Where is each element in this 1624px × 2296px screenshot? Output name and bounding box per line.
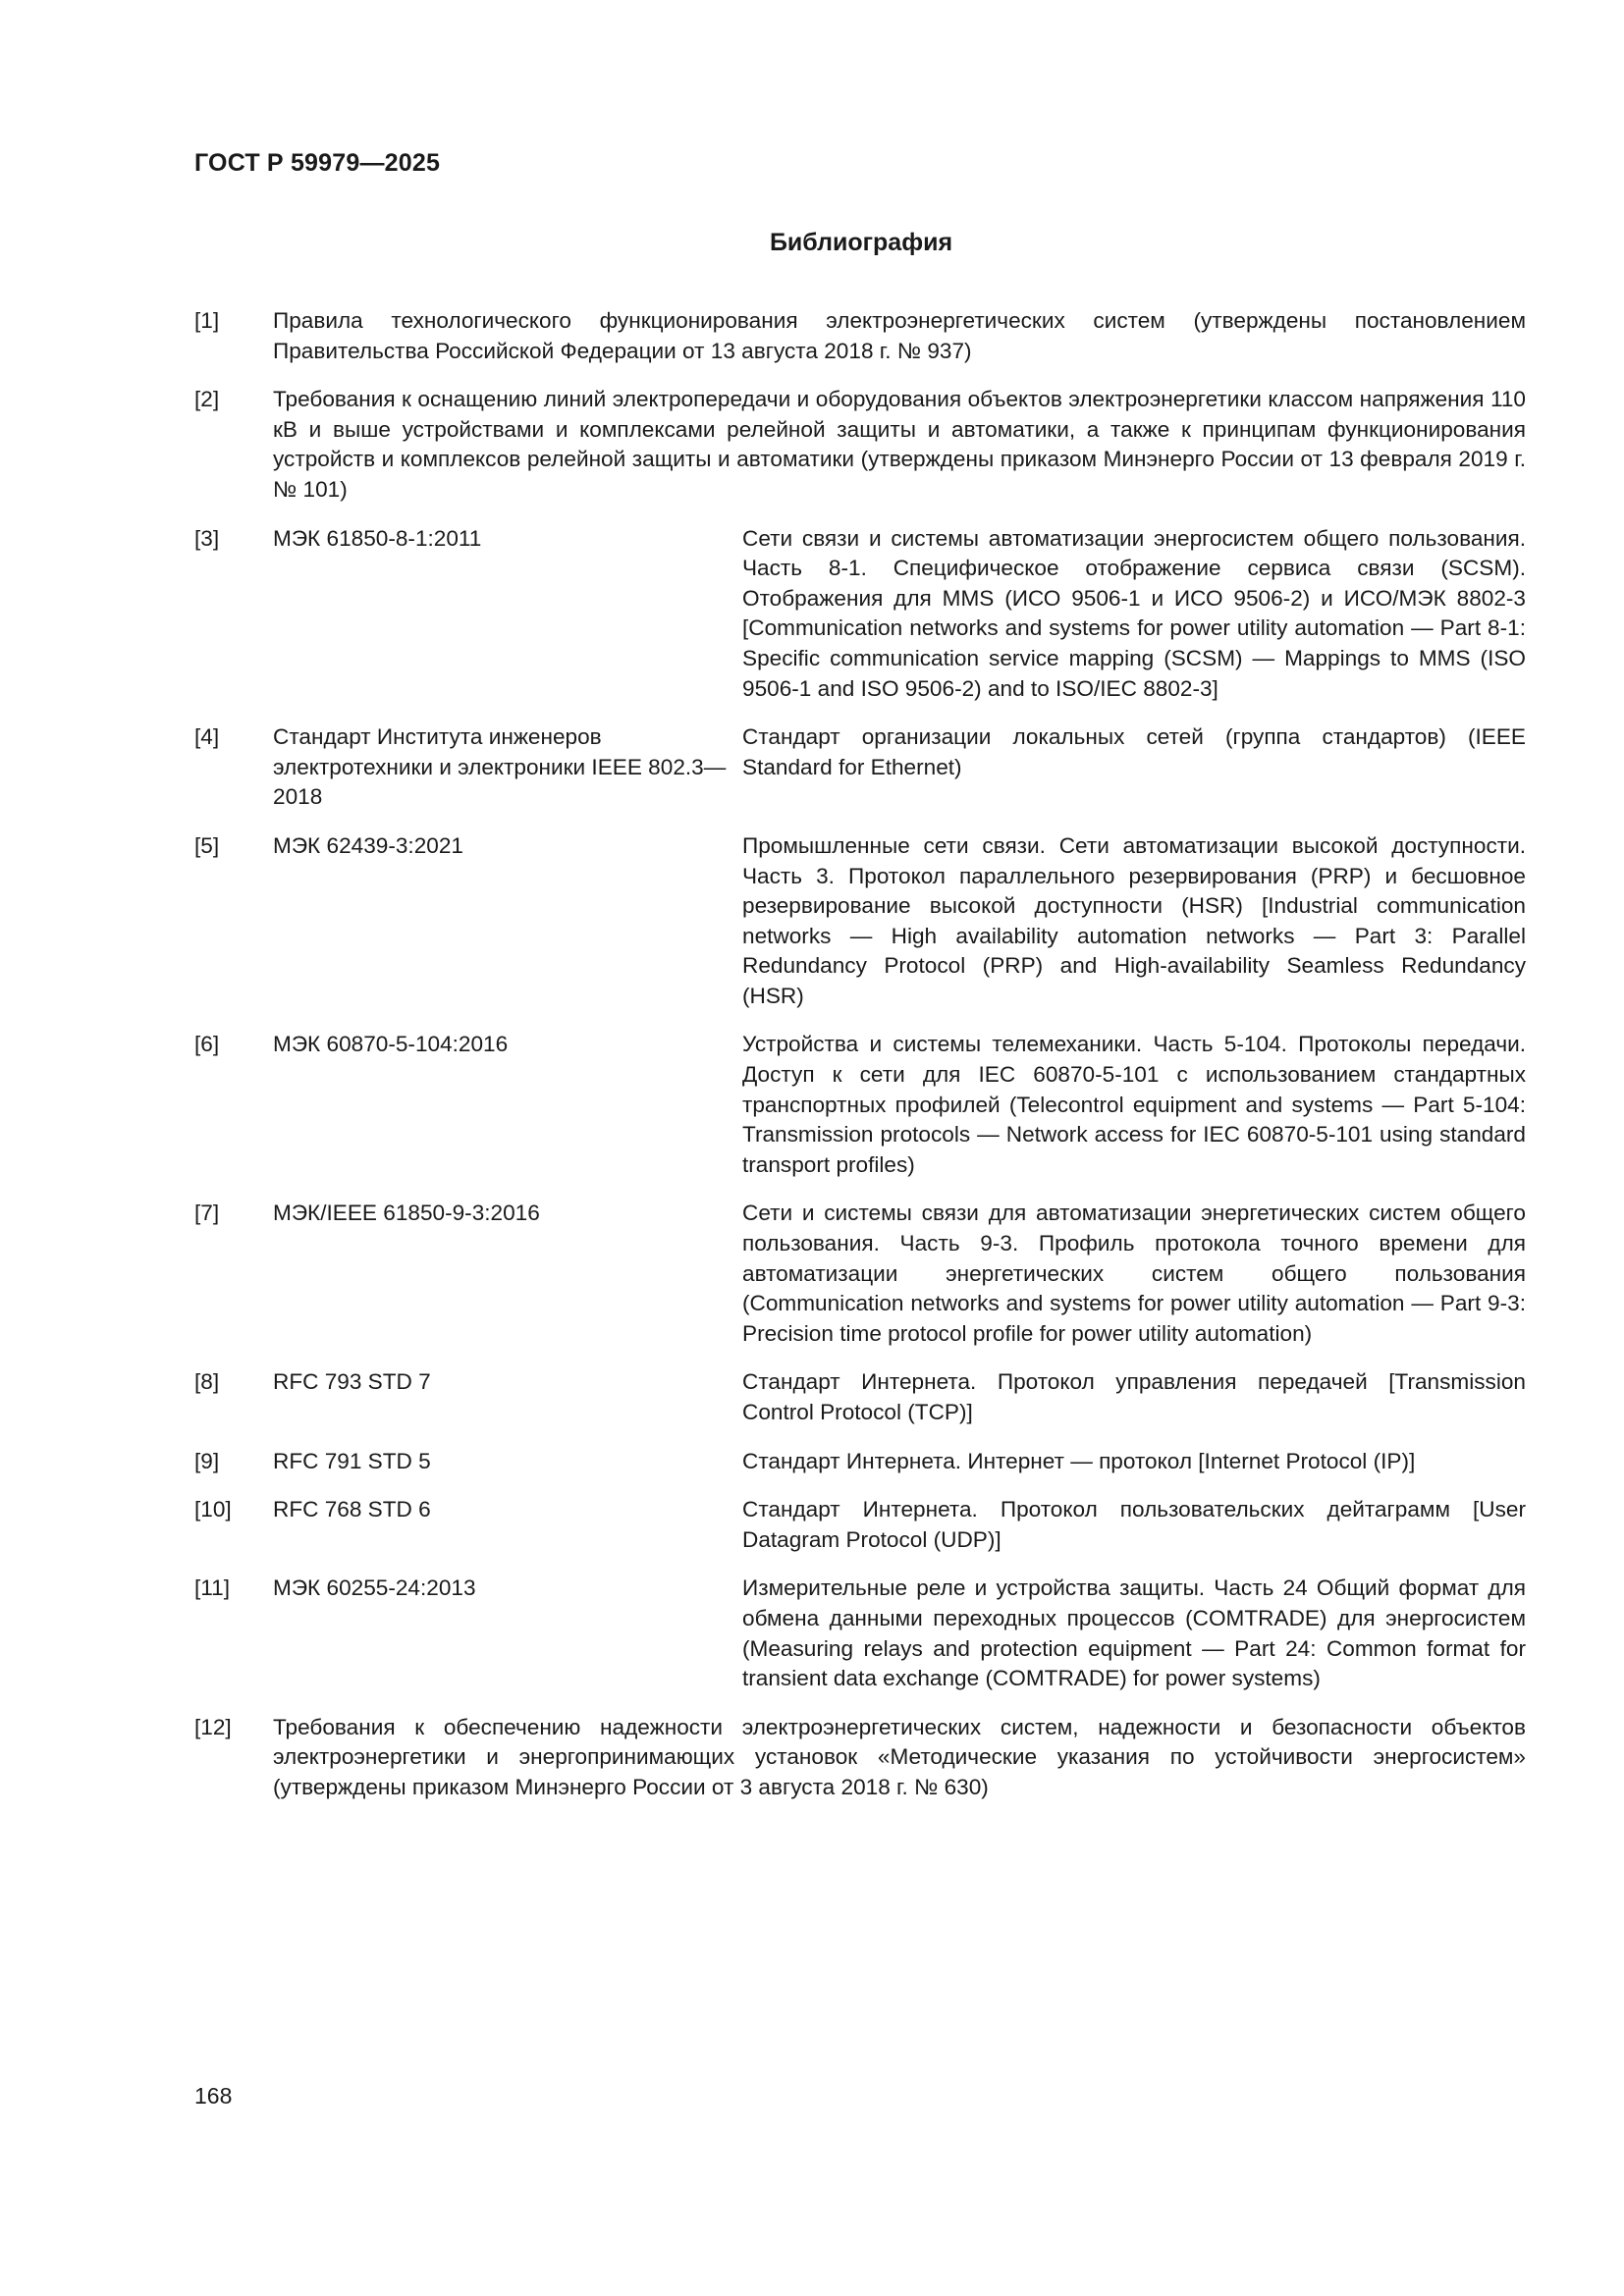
entry-number: [5] — [194, 831, 219, 862]
bibliography-entry: [8] RFC 793 STD 7 Стандарт Интернета. Пр… — [194, 1367, 1526, 1427]
entry-designation: МЭК 60870-5-104:2016 — [273, 1030, 742, 1180]
entry-description: Стандарт Интернета. Протокол пользовател… — [742, 1495, 1526, 1555]
entry-description: Стандарт Интернета. Интернет — протокол … — [742, 1447, 1526, 1477]
entry-number: [6] — [194, 1030, 219, 1060]
entry-text: Требования к обеспечению надежности элек… — [273, 1713, 1526, 1803]
entry-designation: МЭК 62439-3:2021 — [273, 831, 742, 1012]
entry-number: [1] — [194, 306, 219, 337]
entry-number: [8] — [194, 1367, 219, 1398]
entry-number: [7] — [194, 1199, 219, 1229]
entry-designation: RFC 791 STD 5 — [273, 1447, 742, 1477]
entry-designation: МЭК 60255-24:2013 — [273, 1574, 742, 1693]
entry-designation: Стандарт Института инженеров электротехн… — [273, 722, 742, 813]
entry-designation: МЭК 61850-8-1:2011 — [273, 524, 742, 705]
section-title: Библиография — [0, 229, 1624, 257]
entry-description: Сети связи и системы автоматизации энерг… — [742, 524, 1526, 705]
bibliography-entry: [12] Требования к обеспечению надежности… — [194, 1713, 1526, 1803]
bibliography-entry: [9] RFC 791 STD 5 Стандарт Интернета. Ин… — [194, 1447, 1526, 1477]
entry-number: [3] — [194, 524, 219, 555]
entry-designation: RFC 768 STD 6 — [273, 1495, 742, 1555]
entry-number: [12] — [194, 1713, 232, 1743]
entry-number: [4] — [194, 722, 219, 753]
bibliography-entry: [10] RFC 768 STD 6 Стандарт Интернета. П… — [194, 1495, 1526, 1555]
entry-text: Требования к оснащению линий электропере… — [273, 385, 1526, 505]
entry-number: [11] — [194, 1574, 230, 1604]
entry-number: [9] — [194, 1447, 219, 1477]
bibliography-entry: [11] МЭК 60255-24:2013 Измерительные рел… — [194, 1574, 1526, 1693]
bibliography-entry: [6] МЭК 60870-5-104:2016 Устройства и си… — [194, 1030, 1526, 1180]
page-header-standard-id: ГОСТ Р 59979—2025 — [194, 149, 440, 178]
entry-designation: МЭК/IEEE 61850-9-3:2016 — [273, 1199, 742, 1349]
bibliography-entry: [3] МЭК 61850-8-1:2011 Сети связи и сист… — [194, 524, 1526, 705]
entry-number: [2] — [194, 385, 219, 415]
entry-description: Устройства и системы телемеханики. Часть… — [742, 1030, 1526, 1180]
entry-text: Правила технологического функционировани… — [273, 306, 1526, 366]
bibliography-list: [1] Правила технологического функциониро… — [194, 306, 1526, 1822]
entry-designation: RFC 793 STD 7 — [273, 1367, 742, 1427]
entry-description: Сети и системы связи для автоматизации э… — [742, 1199, 1526, 1349]
bibliography-entry: [7] МЭК/IEEE 61850-9-3:2016 Сети и систе… — [194, 1199, 1526, 1349]
entry-description: Стандарт организации локальных сетей (гр… — [742, 722, 1526, 813]
entry-number: [10] — [194, 1495, 232, 1525]
bibliography-entry: [4] Стандарт Института инженеров электро… — [194, 722, 1526, 813]
bibliography-entry: [5] МЭК 62439-3:2021 Промышленные сети с… — [194, 831, 1526, 1012]
bibliography-entry: [1] Правила технологического функциониро… — [194, 306, 1526, 366]
page-number: 168 — [194, 2083, 232, 2109]
bibliography-entry: [2] Требования к оснащению линий электро… — [194, 385, 1526, 505]
entry-description: Стандарт Интернета. Протокол управления … — [742, 1367, 1526, 1427]
entry-description: Измерительные реле и устройства защиты. … — [742, 1574, 1526, 1693]
entry-description: Промышленные сети связи. Сети автоматиза… — [742, 831, 1526, 1012]
